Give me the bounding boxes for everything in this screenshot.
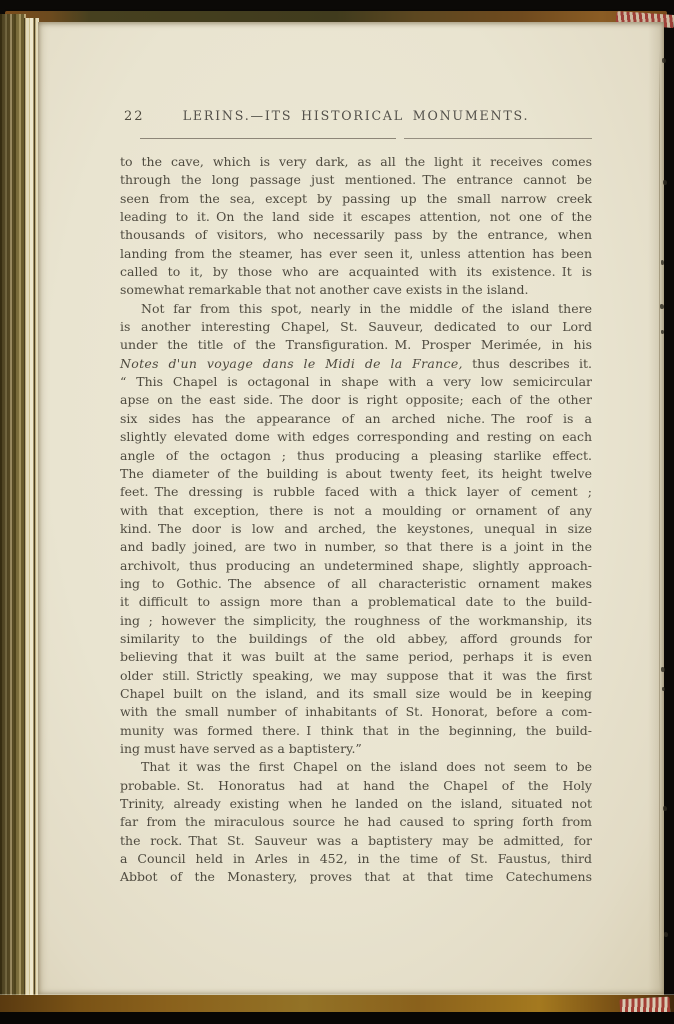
page-stack-edges (24, 18, 39, 1002)
text-line: is another interesting Chapel, St. Sauve… (120, 318, 592, 336)
printed-content: 22 LERINS.—ITS HISTORICAL MONUMENTS. to … (120, 108, 592, 887)
text-line: Trinity, already existing when he landed… (120, 795, 592, 813)
page-right-shade (648, 22, 664, 995)
text-line: called to it, by those who are acquainte… (120, 263, 592, 281)
page-edge-speck (663, 180, 667, 185)
text-line: landing from the steamer, has ever seen … (120, 245, 592, 263)
header-rule-left (140, 138, 396, 139)
page-edge-speck (663, 806, 667, 811)
text-line: feet. The dressing is rubble faced with … (120, 483, 592, 501)
text-line: That it was the first Chapel on the isla… (120, 758, 592, 776)
page-edge-crease (659, 50, 660, 988)
page-number: 22 (124, 109, 145, 124)
text-line: somewhat remarkable that not another cav… (120, 281, 592, 299)
header-rule (140, 138, 592, 139)
page-header: 22 LERINS.—ITS HISTORICAL MONUMENTS. (120, 108, 592, 125)
text-line: Not far from this spot, nearly in the mi… (120, 300, 592, 318)
running-title: LERINS.—ITS HISTORICAL MONUMENTS. (120, 108, 592, 123)
text-line: through the long passage just mentioned.… (120, 171, 592, 189)
text-line: to the cave, which is very dark, as all … (120, 153, 592, 171)
text-line: angle of the octagon ; thus producing a … (120, 447, 592, 465)
text-line: archivolt, thus producing an undetermine… (120, 557, 592, 575)
text-line: ing ; however the simplicity, the roughn… (120, 612, 592, 630)
text-line: ing to Gothic. The absence of all charac… (120, 575, 592, 593)
header-rule-right (404, 138, 592, 139)
text-line: a Council held in Arles in 452, in the t… (120, 850, 592, 868)
text-line: kind. The door is low and arched, the ke… (120, 520, 592, 538)
text-line: “ This Chapel is octagonal in shape with… (120, 373, 592, 391)
text-line: six sides has the appearance of an arche… (120, 410, 592, 428)
page-body: to the cave, which is very dark, as all … (120, 153, 592, 887)
text-line: under the title of the Transfiguration. … (120, 336, 592, 354)
text-line: probable. St. Honoratus had at hand the … (120, 777, 592, 795)
text-line: Abbot of the Monastery, proves that at t… (120, 868, 592, 886)
text-line: older still. Strictly speaking, we may s… (120, 667, 592, 685)
text-line: the rock. That St. Sauveur was a baptist… (120, 832, 592, 850)
text-line: seen from the sea, except by passing up … (120, 190, 592, 208)
page-edge-speck (660, 304, 664, 309)
text-line: munity was formed there. I think that in… (120, 722, 592, 740)
text-line: with the small number of inhabitants of … (120, 703, 592, 721)
book-bottom-cover-edge (0, 995, 674, 1012)
text-line: far from the miraculous source he had ca… (120, 813, 592, 831)
bottom-frame (0, 1012, 674, 1024)
text-line: leading to it. On the land side it escap… (120, 208, 592, 226)
text-line: it difficult to assign more than a probl… (120, 593, 592, 611)
text-line: apse on the east side. The door is right… (120, 391, 592, 409)
page-edge-speck (664, 932, 668, 937)
text-line: The diameter of the building is about tw… (120, 465, 592, 483)
book-page: 22 LERINS.—ITS HISTORICAL MONUMENTS. to … (38, 22, 664, 995)
page-edge-speck (661, 330, 664, 334)
page-edge-speck (661, 260, 664, 265)
book-photo: 22 LERINS.—ITS HISTORICAL MONUMENTS. to … (0, 0, 674, 1024)
page-edge-speck (661, 667, 665, 672)
text-line: Notes d'un voyage dans le Midi de la Fra… (120, 355, 592, 373)
gutter-shadow (0, 14, 26, 1006)
text-line: and badly joined, are two in number, so … (120, 538, 592, 556)
header-rule-gap (396, 138, 404, 139)
text-line: thousands of visitors, who necessarily p… (120, 226, 592, 244)
text-line: ing must have served as a baptistery.” (120, 740, 592, 758)
text-line: believing that it was built at the same … (120, 648, 592, 666)
text-line: with that exception, there is not a moul… (120, 502, 592, 520)
text-line: slightly elevated dome with edges corres… (120, 428, 592, 446)
text-line: Chapel built on the island, and its smal… (120, 685, 592, 703)
text-line: similarity to the buildings of the old a… (120, 630, 592, 648)
page-edge-speck (662, 687, 665, 691)
page-edge-speck (662, 58, 666, 63)
